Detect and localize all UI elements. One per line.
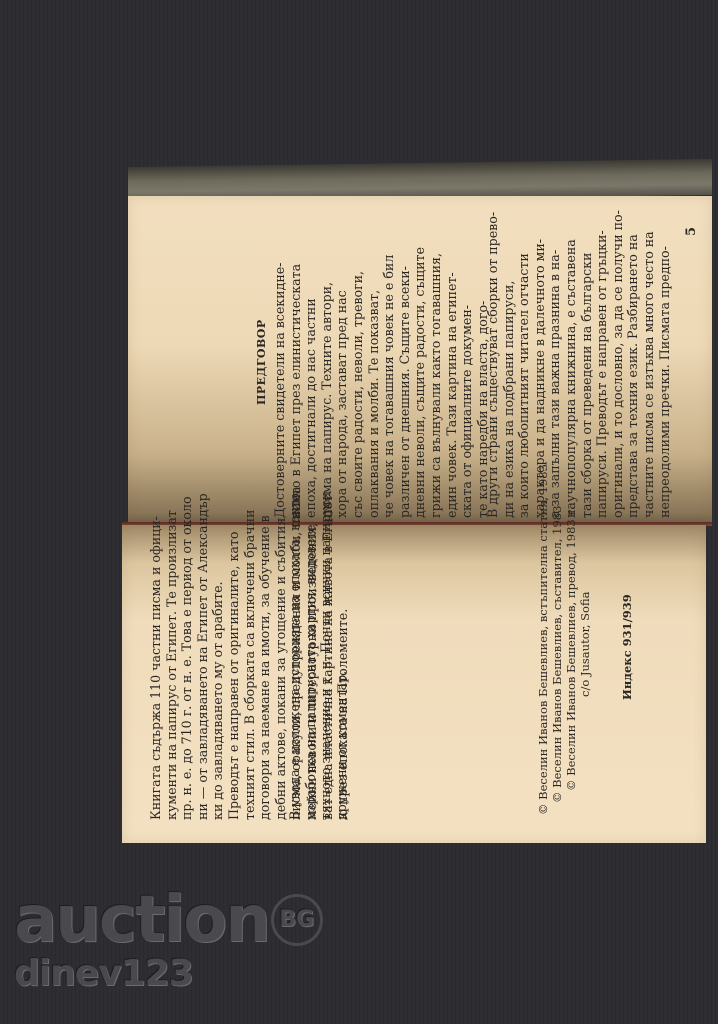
text-line: частните писма се изтъква много често на [641,208,657,518]
page-title: ПРЕДГОВОР [254,319,270,405]
text-line: вието в Египет през елинистическата [288,208,304,518]
text-line: изработка на папирусната хартия, видовет… [303,492,319,820]
text-line: договори за наемане на имоти, за обучени… [257,487,273,820]
credit-line: © Веселин Иванов Бешевлиев, превод, 1983… [564,464,578,815]
text-line: кументи на папирус от Египет. Те произли… [164,493,180,820]
text-line: папируси. Преводът е направен от гръцки- [594,208,610,518]
text-line: за които любопитният читател отчасти [516,208,532,518]
text-line: оплаквания и молби. Те показват, [366,208,382,518]
text-line: ни — от завладяването на Египет от Алекс… [195,493,211,820]
text-line: представа за техния език. Разбирането на [625,208,641,518]
text-line: със своите радости, неволи, тревоги, [350,208,366,518]
text-line: епоха, достигнали до нас частни [303,208,319,518]
lower-paragraph-1: Книгата съдържа 110 частни писма и офици… [148,493,226,820]
text-line: ската от официалните докумен- [459,208,475,518]
auction-watermark: auction BG dinev123 [14,888,323,994]
text-line: непреодолими пречки. Писмата предпо- [657,208,673,518]
text-line: тяхното значение и т. н. Почти всички па… [318,492,334,820]
text-line: грижи са вълнували както тогавашния, [428,208,444,518]
watermark-brand: auction [14,888,269,952]
text-line: ди на езика на подбрани папируси, [501,208,517,518]
text-line: Преводът е направен от оригиналите, като [226,487,242,820]
text-line: техният стил. В сборката са включени бра… [242,487,258,820]
text-line: Достоверните свидетели на всекидне- [272,208,288,518]
credit-line: c/o Jusautor, Sofia [578,464,592,815]
text-line: дневни неволи, същите радости, същите [412,208,428,518]
text-line: Книгата съдържа 110 частни писма и офици… [148,493,164,820]
copyright-credits: © Веселин Иванов Бешевлиев, встъпителна … [536,464,592,815]
text-line: В увода е изложена историята на епохата,… [287,492,303,820]
text-line: един човек. Тази картина на египет- [444,208,460,518]
watermark-seller: dinev123 [14,954,323,994]
text-line: хора от народа, застават пред нас [334,208,350,518]
bg-badge-icon: BG [271,894,323,946]
text-line: ки до завладяването му от арабите. [210,493,226,820]
lower-paragraph-3: В увода е изложена историята на епохата,… [287,492,349,820]
upper-paragraph-1: Достоверните свидетели на всекидне- виет… [272,208,490,518]
text-line: различен от днешния. Същите всеки- [397,208,413,518]
text-line: В други страни съществуват сборки от пре… [485,208,501,518]
credit-line: © Веселин Иванов Бешевлиев, встъпителна … [536,464,550,815]
text-line: че човек на тогавашния човек не е бил [381,208,397,518]
text-line: оригинали, и то дословно, за да се получ… [610,208,626,518]
credit-line: © Веселин Иванов Бешевлиев, съставител, … [550,464,564,815]
text-line: пр. н. е. до 710 г. от н. е. Това е пери… [179,493,195,820]
text-line: писма на папирус. Техните автори, [319,208,335,518]
index-number: Индекс 931/939 [620,594,636,700]
page-number: 5 [684,227,700,236]
text-line: дружени от коментар. [334,492,350,820]
